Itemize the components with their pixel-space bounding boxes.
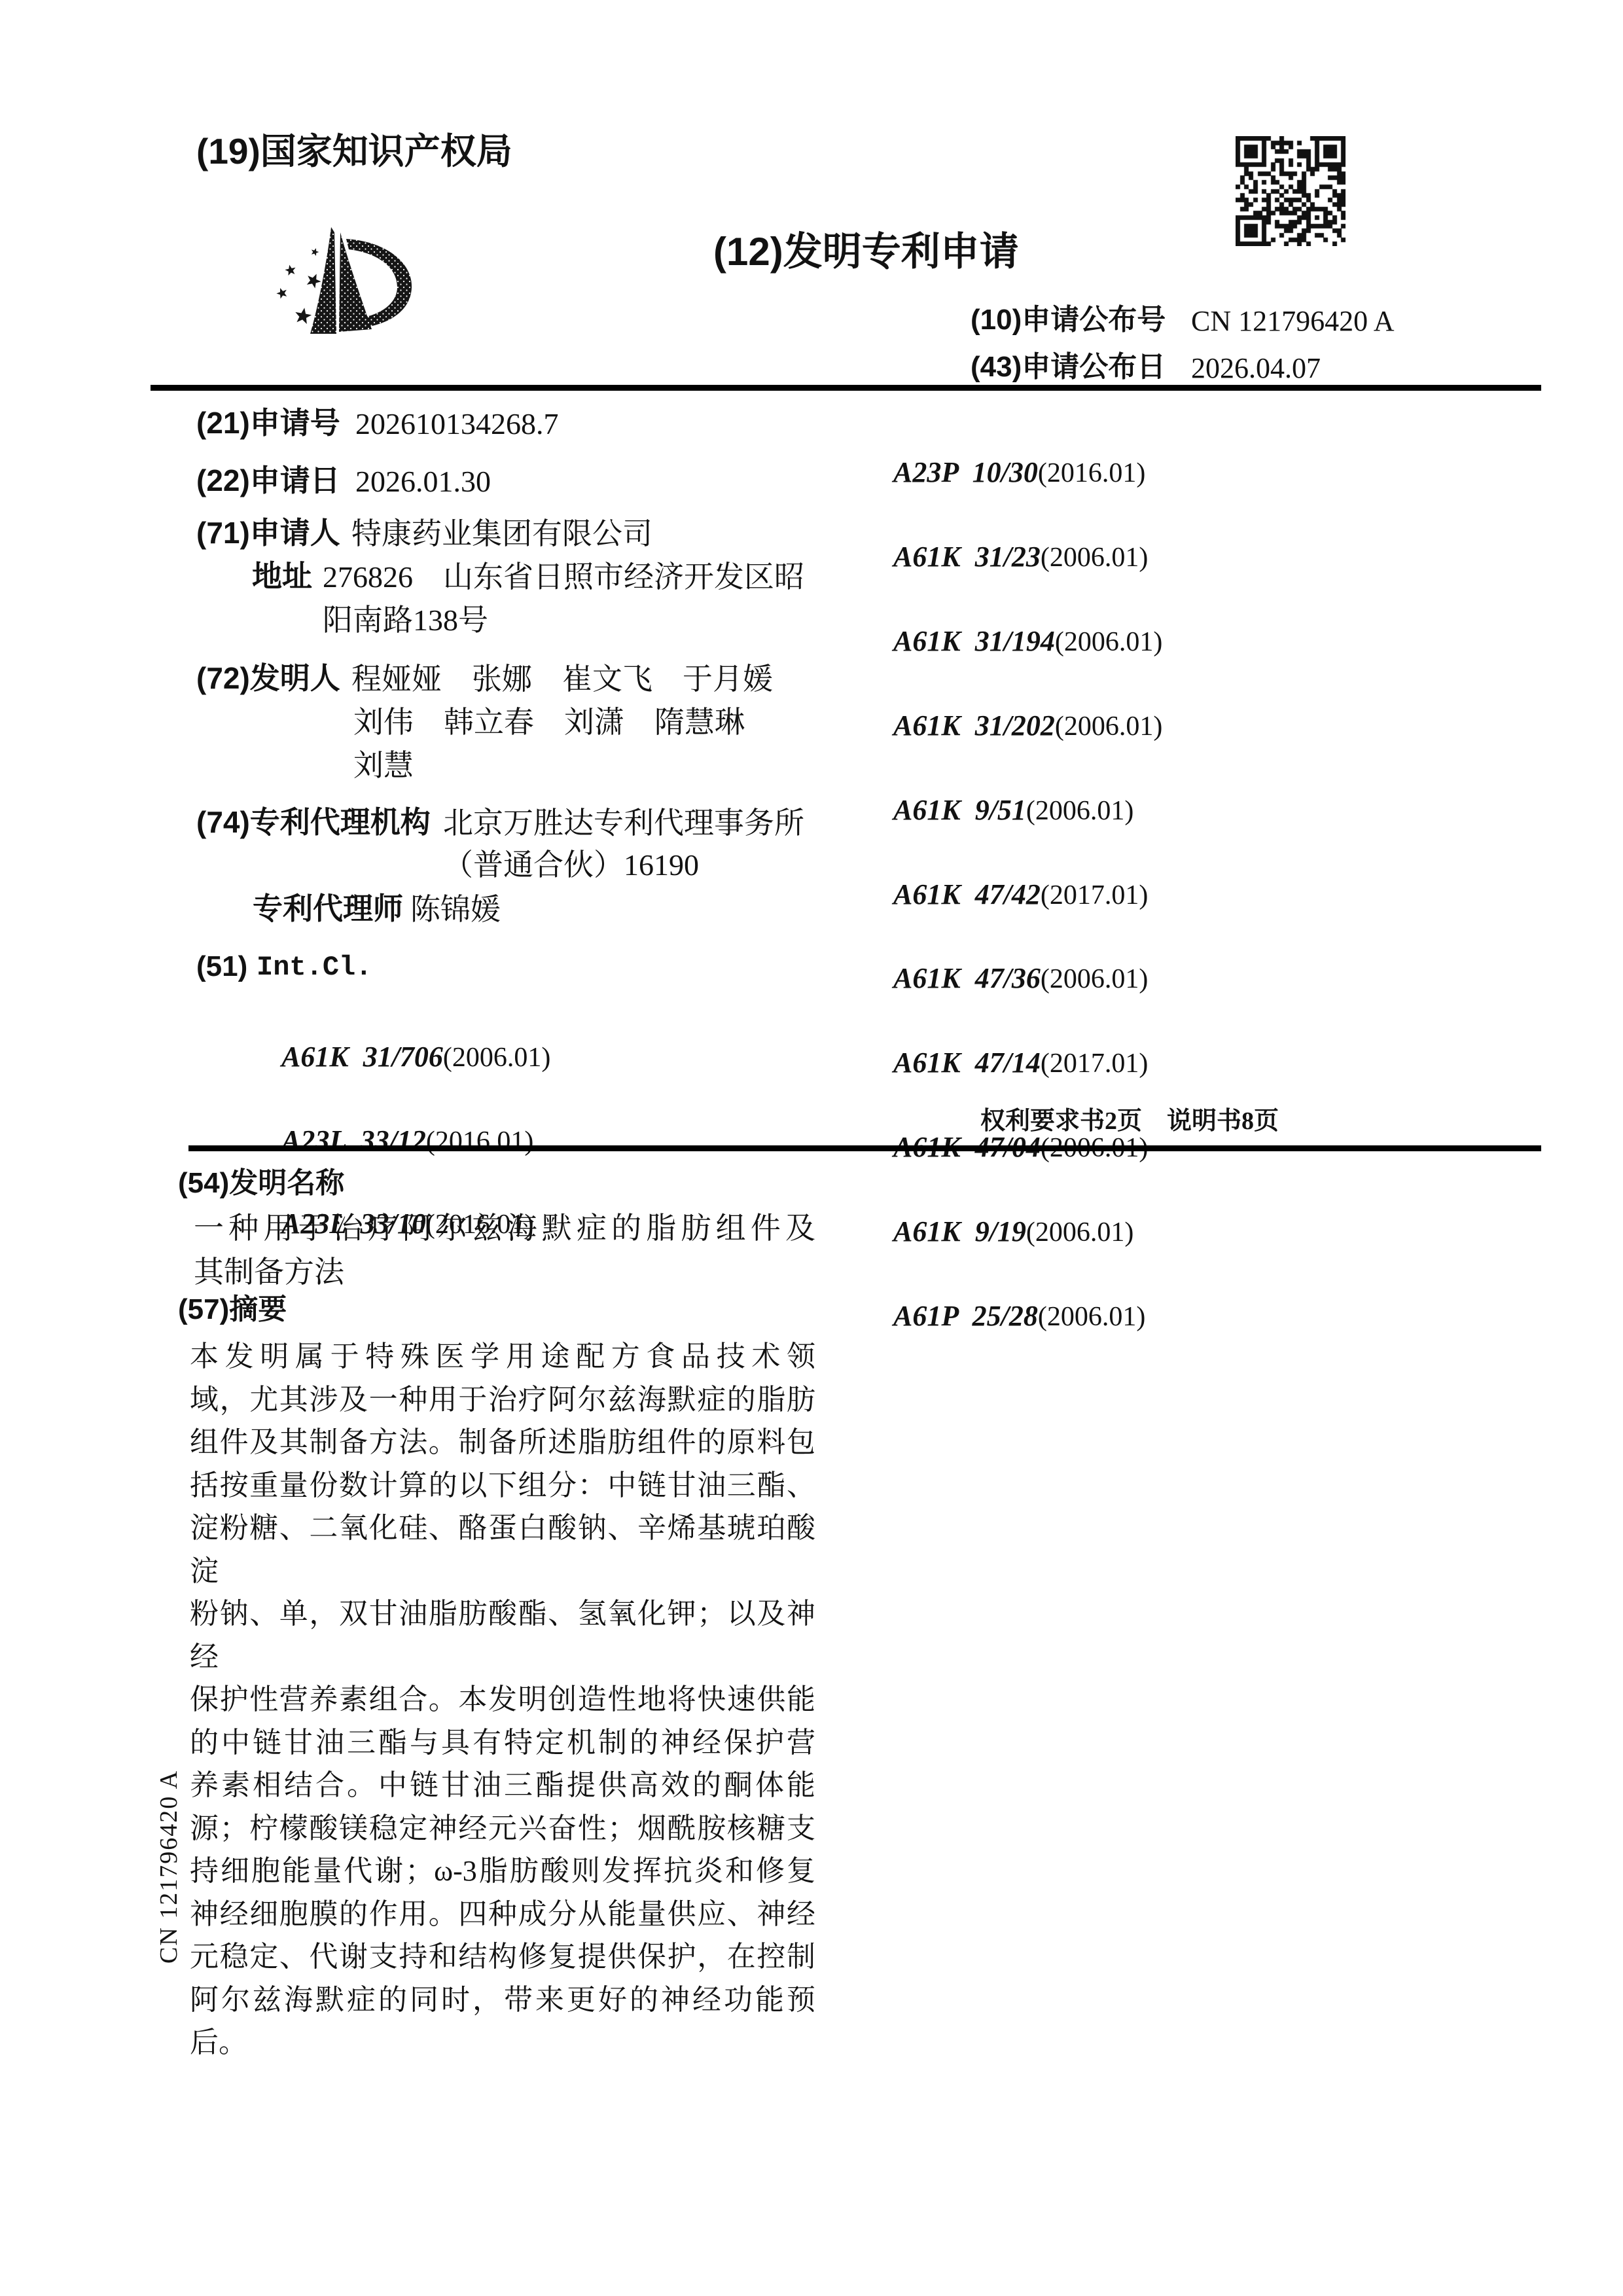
- qr-code: [1236, 136, 1346, 246]
- applicant-value: 特康药业集团有限公司: [351, 517, 652, 552]
- ipc-entry: A61K 47/42(2017.01): [893, 874, 1162, 923]
- abstract-line: 域，尤其涉及一种用于治疗阿尔兹海默症的脂肪: [190, 1378, 815, 1422]
- office-name: (19)国家知识产权局: [196, 131, 512, 172]
- app-date-value: 2026.01.30: [355, 465, 491, 499]
- inventors-line-3: 刘慧: [353, 749, 414, 783]
- address-line-1: 276826 山东省日照市经济开发区昭: [323, 560, 804, 595]
- abstract-line: 组件及其制备方法。制备所述脂肪组件的原料包: [190, 1421, 815, 1464]
- vertical-pub-number: CN 121796420 A: [154, 1770, 183, 1964]
- abstract-text: 本发明属于特殊医学用途配方食品技术领域，尤其涉及一种用于治疗阿尔兹海默症的脂肪组…: [190, 1335, 815, 2064]
- ipc-version: (2017.01): [1041, 880, 1148, 910]
- abstract-line: 后。: [190, 2021, 815, 2064]
- intcl-number: (51): [196, 950, 247, 984]
- ipc-version: (2006.01): [1055, 711, 1162, 742]
- ipc-code: A61K 47/36: [893, 962, 1041, 994]
- invention-title-line: 一种用于治疗阿尔兹海默症的脂肪组件及: [194, 1206, 815, 1250]
- ipc-code: A61K 31/706: [281, 1041, 443, 1073]
- mid-divider: [188, 1145, 1541, 1151]
- ipc-version: (2006.01): [1041, 543, 1148, 573]
- ipc-code: A61K 9/51: [893, 794, 1026, 826]
- address-line-2: 阳南路138号: [323, 603, 488, 638]
- ipc-version: (2016.01): [1038, 458, 1145, 488]
- abstract-line: 神经细胞膜的作用。四种成分从能量供应、神经: [190, 1893, 815, 1936]
- ipc-version: (2006.01): [1038, 1302, 1145, 1332]
- abstract-line: 持细胞能量代谢；ω-3脂肪酸则发挥抗炎和修复: [190, 1850, 815, 1893]
- ipc-entry: A61K 47/14(2017.01): [893, 1042, 1162, 1091]
- ipc-entry: A23P 10/30(2016.01): [893, 452, 1162, 501]
- agency-line-2: （普通合伙）16190: [443, 848, 699, 883]
- ipc-version: (2006.01): [1026, 1217, 1133, 1247]
- agent-label: 专利代理师: [253, 891, 403, 926]
- pub-date-value: 2026.04.07: [1191, 352, 1321, 386]
- app-number-value: 202610134268.7: [355, 407, 559, 442]
- logo-star-3: [304, 271, 323, 289]
- inventors-label: (72)发明人: [196, 661, 340, 696]
- address-label: 地址: [252, 559, 312, 594]
- ipc-code: A61P 25/28: [893, 1300, 1038, 1332]
- abstract-line: 粉钠、单，双甘油脂肪酸酯、氢氧化钾；以及神经: [190, 1592, 815, 1678]
- abstract-line: 保护性营养素组合。本发明创造性地将快速供能: [190, 1678, 815, 1721]
- ipc-code: A23P 10/30: [893, 456, 1038, 488]
- cnipa-logo-icon: [273, 227, 414, 340]
- ipc-entry: A61K 47/36(2006.01): [893, 958, 1162, 1007]
- agency-label: (74)专利代理机构: [196, 805, 431, 840]
- ipc-entry: A61K 31/23(2006.01): [893, 536, 1162, 585]
- ipc-code: A61K 47/42: [893, 878, 1041, 910]
- pages-info: 权利要求书2页 说明书8页: [980, 1107, 1279, 1136]
- ipc-version: (2006.01): [1055, 627, 1162, 657]
- header-divider: [151, 385, 1541, 391]
- ipc-entry: A61P 25/28(2006.01): [893, 1295, 1162, 1344]
- ipc-code: A61K 9/19: [893, 1215, 1026, 1247]
- abstract-line: 的中链甘油三酯与具有特定机制的神经保护营: [190, 1721, 815, 1765]
- ipc-version: (2006.01): [443, 1043, 550, 1073]
- ipc-version: (2016.01): [426, 1126, 533, 1157]
- intcl-label: Int.Cl.: [257, 952, 372, 983]
- ipc-version: (2006.01): [1026, 796, 1133, 826]
- app-number-label: (21)申请号: [196, 406, 340, 440]
- ipc-code: A61K 31/23: [893, 541, 1041, 573]
- abstract-line: 元稳定、代谢支持和结构修复提供保护，在控制: [190, 1935, 815, 1979]
- ipc-entry: A61K 31/194(2006.01): [893, 620, 1162, 670]
- abstract-line: 淀粉糖、二氧化硅、酪蛋白酸钠、辛烯基琥珀酸淀: [190, 1507, 815, 1592]
- intcl-entry: A61K 31/706(2006.01): [281, 1036, 550, 1085]
- ipc-version: (2017.01): [1041, 1049, 1148, 1079]
- agency-value: 北京万胜达专利代理事务所: [443, 806, 804, 841]
- app-date-label: (22)申请日: [196, 463, 340, 498]
- abstract-line: 源；柠檬酸镁稳定神经元兴奋性；烟酰胺核糖支: [190, 1807, 815, 1850]
- abstract-line: 本发明属于特殊医学用途配方食品技术领: [190, 1335, 815, 1378]
- abstract-label: (57)摘要: [178, 1293, 287, 1327]
- pub-number-label: (10)申请公布号: [971, 304, 1166, 337]
- ipc-code: A23L 33/12: [281, 1124, 426, 1157]
- intcl-entry: A23L 33/12(2016.01): [281, 1120, 550, 1168]
- logo-star-1: [310, 247, 320, 257]
- inventors-line-1: 程娅娅 张娜 崔文飞 于月媛: [351, 662, 773, 697]
- abstract-line: 养素相结合。中链甘油三酯提供高效的酮体能: [190, 1764, 815, 1807]
- ipc-version: (2006.01): [1041, 964, 1148, 994]
- pub-date-label: (43)申请公布日: [971, 351, 1166, 384]
- abstract-line: 括按重量份数计算的以下组分：中链甘油三酯、: [190, 1464, 815, 1507]
- ipc-entry: A61K 9/51(2006.01): [893, 789, 1162, 838]
- agent-value: 陈锦媛: [410, 893, 501, 927]
- logo-star-4: [275, 286, 289, 299]
- ipc-code: A61K 31/194: [893, 625, 1055, 657]
- ipc-code: A61K 31/202: [893, 709, 1055, 742]
- pub-number-value: CN 121796420 A: [1191, 305, 1394, 338]
- ipc-entry: A61K 31/202(2006.01): [893, 705, 1162, 754]
- ipc-entry: A61K 9/19(2006.01): [893, 1211, 1162, 1260]
- invention-title-label: (54)发明名称: [178, 1167, 344, 1200]
- logo-star-2: [284, 264, 296, 276]
- ipc-right-list: A23P 10/30(2016.01) A61K 31/23(2006.01) …: [893, 404, 1162, 1368]
- inventors-line-2: 刘伟 韩立春 刘潇 隋慧琳: [353, 706, 745, 740]
- logo-star-5: [294, 306, 313, 325]
- invention-title-line: 其制备方法: [194, 1250, 815, 1294]
- applicant-label: (71)申请人: [196, 516, 340, 550]
- patent-front-page: (19)国家知识产权局 (12)发明专利申请 (10)申请公布号 CN 1217…: [0, 0, 1623, 2296]
- doc-type-title: (12)发明专利申请: [713, 229, 1019, 274]
- abstract-line: 阿尔兹海默症的同时，带来更好的神经功能预: [190, 1979, 815, 2022]
- invention-title: 一种用于治疗阿尔兹海默症的脂肪组件及其制备方法: [194, 1206, 815, 1294]
- ipc-code: A61K 47/14: [893, 1047, 1041, 1079]
